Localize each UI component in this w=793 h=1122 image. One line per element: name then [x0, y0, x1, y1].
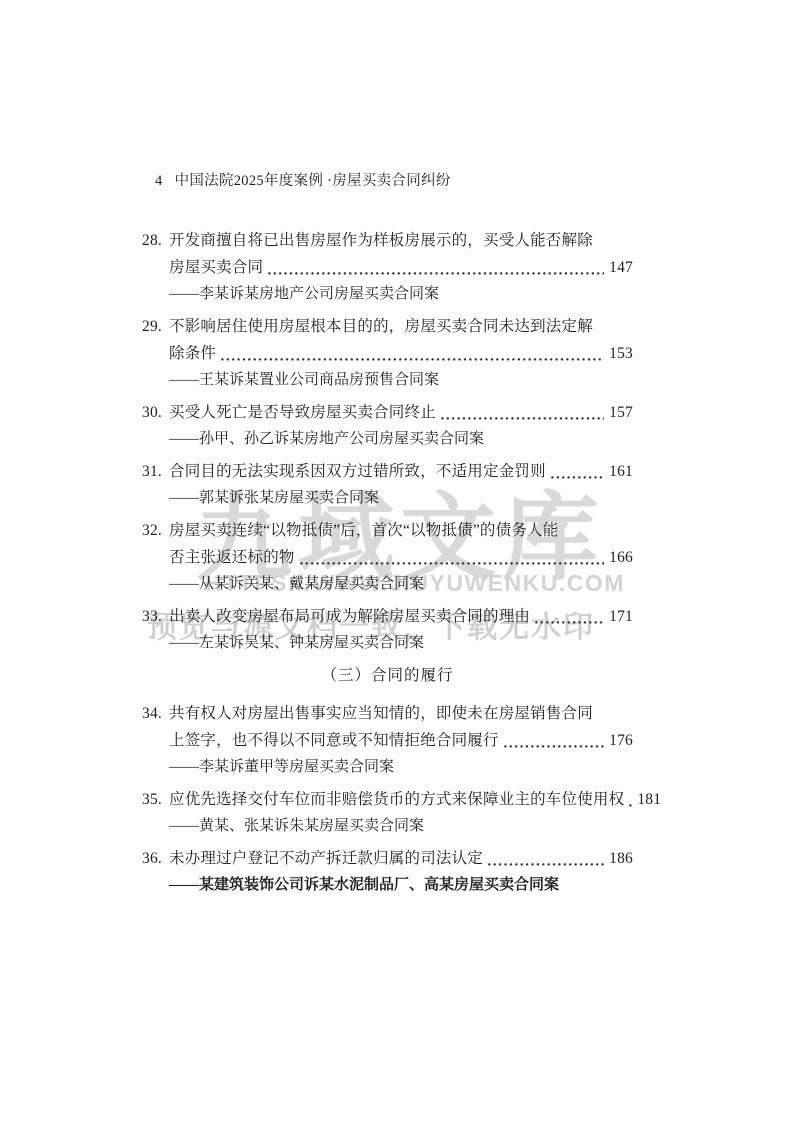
dot-leader — [216, 340, 608, 367]
entry-page: 181 — [636, 786, 661, 813]
entry-number: 34. — [142, 700, 169, 727]
entry-number: 31. — [142, 458, 169, 485]
toc: 28.开发商擅自将已出售房屋作为样板房展示的，买受人能否解除 房屋买卖合同147… — [142, 227, 633, 904]
entry-case-name: ——李某诉董甲等房屋买卖合同案 — [142, 754, 633, 781]
entry-case-name: ——李某诉某房地产公司房屋买卖合同案 — [142, 281, 633, 308]
toc-entry-31: 31.合同目的无法实现系因双方过错所致，不适用定金罚则161 ——郭某诉张某房屋… — [142, 458, 633, 512]
entry-title-line: 上签字，也不得以不同意或不知情拒绝合同履行 — [169, 727, 499, 754]
dot-leader — [624, 786, 636, 813]
entry-title-line: 否主张返还标的物 — [169, 544, 295, 571]
toc-entry-28: 28.开发商擅自将已出售房屋作为样板房展示的，买受人能否解除 房屋买卖合同147… — [142, 227, 633, 308]
entry-title-line: 买受人死亡是否导致房屋买卖合同终止 — [169, 399, 436, 426]
toc-entry-32: 32.房屋买卖连续“以物抵债”后，首次“以物抵债”的债务人能 否主张返还标的物1… — [142, 517, 633, 598]
entry-page: 176 — [608, 727, 633, 754]
entry-title-line: 合同目的无法实现系因双方过错所致，不适用定金罚则 — [169, 458, 546, 485]
dot-leader — [530, 603, 608, 630]
toc-entry-29: 29.不影响居住使用房屋根本目的的，房屋买卖合同未达到法定解 除条件153 ——… — [142, 313, 633, 394]
entry-case-name: ——孙甲、孙乙诉某房地产公司房屋买卖合同案 — [142, 426, 633, 453]
entry-number: 32. — [142, 517, 169, 544]
entry-title-line: 开发商擅自将已出售房屋作为样板房展示的，买受人能否解除 — [169, 227, 593, 254]
dot-leader — [499, 727, 608, 754]
entry-page: 147 — [608, 254, 633, 281]
entry-title-line: 应优先选择交付车位而非赔偿货币的方式来保障业主的车位使用权 — [169, 786, 624, 813]
entry-case-name: ——从某诉关某、戴某房屋买卖合同案 — [142, 571, 633, 598]
dot-leader — [436, 399, 608, 426]
entry-case-name: ——黄某、张某诉朱某房屋买卖合同案 — [142, 813, 633, 840]
entry-title-line: 除条件 — [169, 340, 216, 367]
entry-page: 171 — [608, 603, 633, 630]
entry-page: 153 — [608, 340, 633, 367]
entry-title-line: 共有权人对房屋出售事实应当知情的，即使未在房屋销售合同 — [169, 700, 593, 727]
entry-title-line: 房屋买卖连续“以物抵债”后，首次“以物抵债”的债务人能 — [169, 517, 558, 544]
entry-page: 161 — [608, 458, 633, 485]
entry-title-line: 房屋买卖合同 — [169, 254, 263, 281]
entry-title-line: 出卖人改变房屋布局可成为解除房屋买卖合同的理由 — [169, 603, 530, 630]
toc-entry-33: 33.出卖人改变房屋布局可成为解除房屋买卖合同的理由171 ——左某诉吴某、钟某… — [142, 603, 633, 657]
entry-case-name: ——某建筑装饰公司诉某水泥制品厂、高某房屋买卖合同案 — [142, 872, 633, 899]
entry-number: 28. — [142, 227, 169, 254]
section-heading: （三）合同的履行 — [142, 662, 633, 689]
entry-title-line: 不影响居住使用房屋根本目的的，房屋买卖合同未达到法定解 — [169, 313, 593, 340]
entry-page: 157 — [608, 399, 633, 426]
entry-title-line: 未办理过户登记不动产拆迁款归属的司法认定 — [169, 845, 483, 872]
entry-page: 166 — [608, 544, 633, 571]
entry-number: 29. — [142, 313, 169, 340]
dot-leader — [546, 458, 608, 485]
entry-number: 30. — [142, 399, 169, 426]
entry-number: 35. — [142, 786, 169, 813]
toc-entry-30: 30.买受人死亡是否导致房屋买卖合同终止157 ——孙甲、孙乙诉某房地产公司房屋… — [142, 399, 633, 453]
entry-case-name: ——王某诉某置业公司商品房预售合同案 — [142, 367, 633, 394]
book-title: 中国法院2025年度案例 ·房屋买卖合同纠纷 — [175, 173, 451, 189]
page-number: 4 — [155, 173, 163, 189]
dot-leader — [263, 254, 608, 281]
toc-entry-34: 34.共有权人对房屋出售事实应当知情的，即使未在房屋销售合同 上签字，也不得以不… — [142, 700, 633, 781]
dot-leader — [483, 845, 608, 872]
dot-leader — [295, 544, 609, 571]
entry-number: 36. — [142, 845, 169, 872]
entry-number: 33. — [142, 603, 169, 630]
entry-case-name: ——左某诉吴某、钟某房屋买卖合同案 — [142, 630, 633, 657]
entry-page: 186 — [608, 845, 633, 872]
running-head: 4中国法院2025年度案例 ·房屋买卖合同纠纷 — [155, 171, 451, 191]
entry-case-name: ——郭某诉张某房屋买卖合同案 — [142, 485, 633, 512]
toc-entry-36: 36.未办理过户登记不动产拆迁款归属的司法认定186 ——某建筑装饰公司诉某水泥… — [142, 845, 633, 899]
toc-entry-35: 35.应优先选择交付车位而非赔偿货币的方式来保障业主的车位使用权181 ——黄某… — [142, 786, 633, 840]
